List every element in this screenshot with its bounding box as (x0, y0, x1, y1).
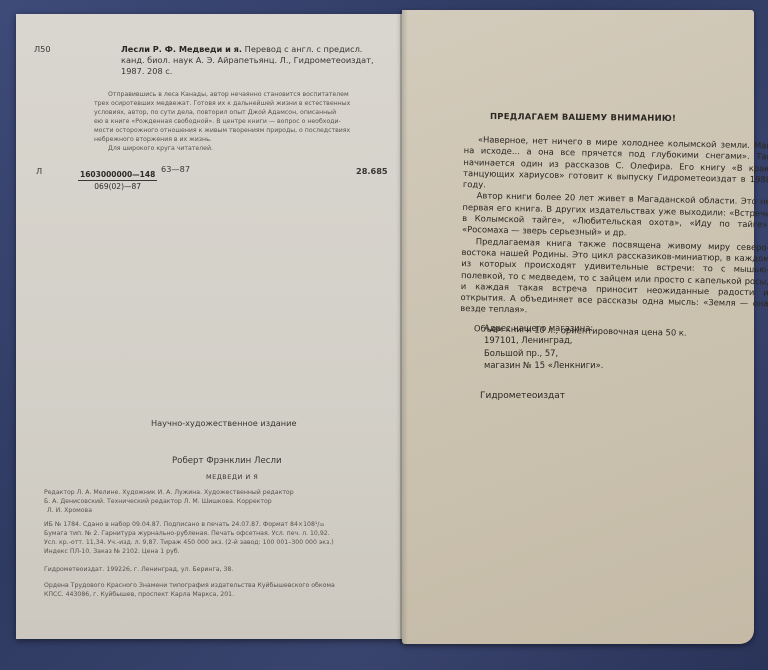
imprint-details: ИБ № 1784. Сдано в набор 09.04.87. Подпи… (44, 520, 334, 556)
catalog-author: Лесли Р. Ф. Медведи и я. (121, 44, 242, 54)
catalog-entry-line-2: канд. биол. наук А. Э. Айрапетьянц. Л., … (121, 55, 374, 66)
audience-note: Для широкого круга читателей. (94, 144, 350, 153)
code-denominator: 069(02)—87 (78, 181, 157, 192)
book-title: МЕДВЕДИ И Я (206, 473, 258, 481)
catalog-entry-line-3: 1987. 208 с. (121, 66, 172, 77)
annotation-line: ею в книге «Рожденная свободной». В цент… (94, 117, 350, 126)
address-line: 197101, Ленинград, (484, 334, 603, 346)
catalog-entry-line-1: Лесли Р. Ф. Медведи и я. Перевод с англ.… (121, 44, 362, 55)
advert-paragraph: «Наверное, нет ничего в мире холоднее ко… (463, 134, 768, 197)
advert-heading: ПРЕДЛАГАЕМ ВАШЕМУ ВНИМАНИЮ! (490, 111, 676, 123)
index-code: Л50 (34, 44, 51, 55)
address-line: Адрес нашего магазина: (484, 322, 603, 334)
code-numerator: 1603000000—148 (78, 170, 157, 181)
left-page-imprint: Л50 Лесли Р. Ф. Медведи и я. Перевод с а… (16, 14, 409, 639)
credits-line: Л. И. Хромова (44, 506, 294, 515)
credits-line: Б. А. Денисовский. Технический редактор … (44, 497, 294, 506)
credits: Редактор Л. А. Мелине. Художник И. А. Лу… (44, 488, 294, 515)
imprint-line: Усл. кр.-отт. 11,34. Уч.-изд. л. 9,87. Т… (44, 538, 334, 547)
advert-paragraph: Автор книги более 20 лет живет в Магадан… (462, 190, 768, 242)
imprint-line: Индекс ПЛ-10. Заказ № 2102. Цена 1 руб. (44, 547, 334, 556)
printer-info: Ордена Трудового Красного Знамени типогр… (44, 581, 335, 599)
imprint-line: Бумага тип. № 2. Гарнитура журнально-руб… (44, 529, 334, 538)
address-line: магазин № 15 «Ленкниги». (484, 359, 603, 371)
author-full-name: Роберт Фрэнклин Лесли (172, 456, 282, 466)
printer-line: КПСС. 443086, г. Куйбышев, проспект Карл… (44, 590, 335, 599)
advert-paragraph: Предлагаемая книга также посвящена живом… (460, 236, 768, 322)
annotation-line: мости осторожного отношения к живым твор… (94, 126, 350, 135)
publication-code-fraction: 1603000000—148 069(02)—87 (78, 170, 157, 192)
shop-address: Адрес нашего магазина: 197101, Ленинград… (484, 322, 603, 372)
classification-number: 28.685 (356, 166, 388, 177)
book-spine-gutter (400, 10, 408, 644)
publisher-address: Гидрометеоиздат. 199226, г. Ленинград, у… (44, 565, 233, 574)
right-page-advertisement: ПРЕДЛАГАЕМ ВАШЕМУ ВНИМАНИЮ! «Наверное, н… (402, 10, 754, 644)
imprint-line: ИБ № 1784. Сдано в набор 09.04.87. Подпи… (44, 520, 334, 529)
annotation: Отправившись в леса Канады, автор нечаян… (94, 90, 350, 153)
annotation-line: условиях, автор, по сути дела, повторил … (94, 108, 350, 117)
catalog-translation: Перевод с англ. с предисл. (245, 44, 363, 54)
advert-body: «Наверное, нет ничего в мире холоднее ко… (460, 134, 768, 340)
credits-line: Редактор Л. А. Мелине. Художник И. А. Лу… (44, 488, 294, 497)
annotation-line: небрежного вторжения в их жизнь. (94, 135, 350, 144)
printer-line: Ордена Трудового Красного Знамени типогр… (44, 581, 335, 590)
publisher-name: Гидрометеоиздат (480, 391, 565, 401)
code-suffix: 63—87 (161, 164, 190, 175)
annotation-line: Отправившись в леса Канады, автор нечаян… (94, 90, 350, 99)
address-line: Большой пр., 57, (484, 347, 603, 359)
code-letter: Л (36, 166, 42, 177)
annotation-line: трех осиротевших медвежат. Готовя их к д… (94, 99, 350, 108)
edition-type: Научно-художественное издание (151, 418, 297, 428)
